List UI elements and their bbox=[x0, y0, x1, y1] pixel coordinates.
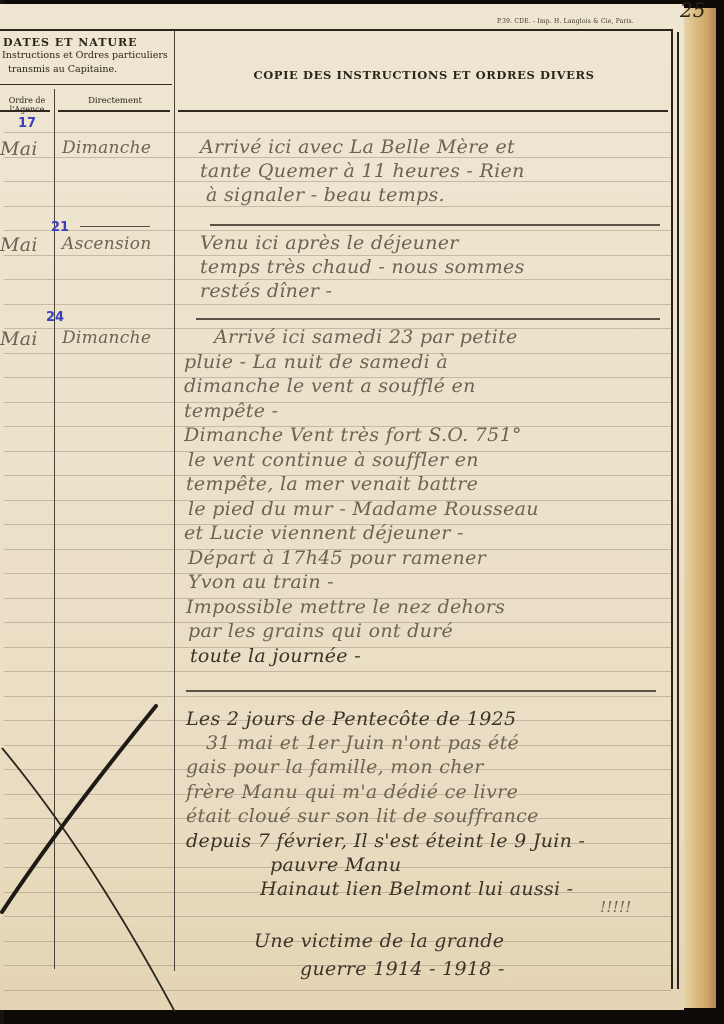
entry-line: Départ à 17h45 pour ramener bbox=[188, 547, 486, 569]
page-edge bbox=[684, 8, 716, 1008]
column-header-main: COPIE DES INSTRUCTIONS ET ORDRES DIVERS bbox=[178, 68, 670, 82]
entry-line: tante Quemer à 11 heures - Rien bbox=[200, 160, 525, 182]
entry-line: par les grains qui ont duré bbox=[188, 620, 453, 642]
entry-line: Venu ici après le déjeuner bbox=[200, 232, 459, 254]
entry-line: Dimanche Vent très fort S.O. 751° bbox=[184, 424, 522, 446]
entry-line: et Lucie viennent déjeuner - bbox=[184, 522, 464, 544]
frame-right-rule bbox=[671, 29, 673, 989]
entry-line: restés dîner - bbox=[200, 280, 332, 302]
entry-separator bbox=[196, 318, 660, 320]
folio-number: 25 bbox=[680, 0, 705, 22]
note-line: pauvre Manu bbox=[270, 854, 401, 876]
entry-line: pluie - La nuit de samedi à bbox=[184, 351, 448, 373]
note-line: depuis 7 février, Il s'est éteint le 9 J… bbox=[186, 830, 585, 852]
note-line: était cloué sur son lit de souffrance bbox=[186, 805, 539, 827]
note-line: 31 mai et 1er Juin n'ont pas été bbox=[206, 732, 519, 754]
ledger-page: P.39. CDE. - Imp. H. Langlois & Cie, Par… bbox=[0, 4, 684, 1010]
cross-out-mark bbox=[0, 4, 200, 1024]
entry-separator bbox=[186, 690, 656, 692]
entry-line: à signaler - beau temps. bbox=[206, 184, 445, 206]
entry-line: le pied du mur - Madame Rousseau bbox=[188, 498, 539, 520]
entry-line: dimanche le vent a soufflé en bbox=[184, 375, 476, 397]
entry-line: Impossible mettre le nez dehors bbox=[186, 596, 505, 618]
note-line: guerre 1914 - 1918 - bbox=[300, 958, 505, 980]
entry-line: Yvon au train - bbox=[188, 571, 334, 593]
note-line: Une victime de la grande bbox=[254, 930, 504, 952]
printer-imprint: P.39. CDE. - Imp. H. Langlois & Cie, Par… bbox=[497, 18, 634, 25]
note-line: gais pour la famille, mon cher bbox=[186, 756, 484, 778]
entry-line: Arrivé ici avec La Belle Mère et bbox=[200, 136, 515, 158]
exclamation-marks: !!!!! bbox=[600, 898, 632, 916]
entry-separator bbox=[210, 224, 660, 226]
entry-line: toute la journée - bbox=[190, 645, 361, 667]
frame-right-rule-outer bbox=[677, 32, 679, 989]
note-line: Hainaut lien Belmont lui aussi - bbox=[260, 878, 573, 900]
entry-line: temps très chaud - nous sommes bbox=[200, 256, 525, 278]
note-line: frère Manu qui m'a dédié ce livre bbox=[186, 781, 518, 803]
entry-line: Arrivé ici samedi 23 par petite bbox=[214, 326, 518, 348]
header-rule-main bbox=[178, 110, 668, 112]
note-line: Les 2 jours de Pentecôte de 1925 bbox=[186, 708, 516, 730]
entry-line: le vent continue à souffler en bbox=[188, 449, 479, 471]
entry-line: tempête, la mer venait battre bbox=[186, 473, 478, 495]
